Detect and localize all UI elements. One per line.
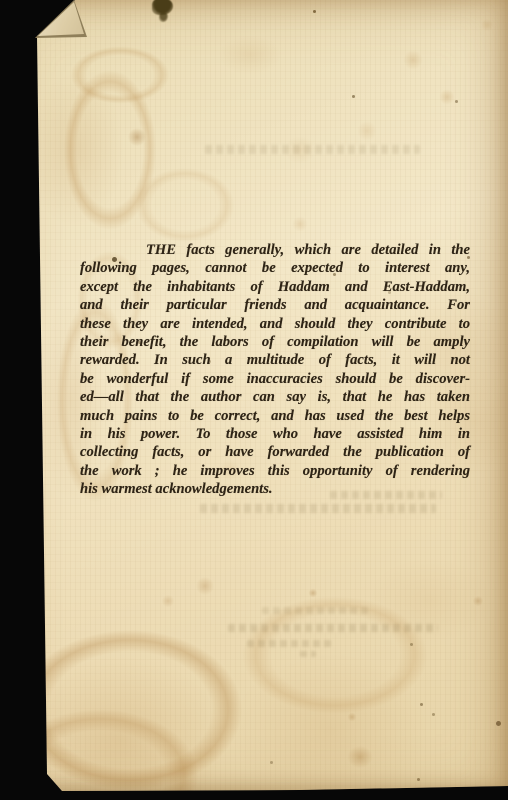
text-line: ed—all that the author can say is, that … [80, 388, 470, 406]
scan-background: THE facts generally, which are detailed … [0, 0, 508, 800]
foxing-spots [0, 0, 3, 3]
text-line: and their particular friends and acquain… [80, 296, 470, 314]
text-line: THE facts generally, which are detailed … [80, 241, 470, 259]
showthrough-line [228, 624, 438, 632]
text-line: be wonderful if some inaccuracies should… [80, 370, 470, 388]
text-line: collecting facts, or have forwarded the … [80, 443, 470, 461]
preface-paragraph: THE facts generally, which are detailed … [80, 241, 470, 499]
showthrough-line [205, 145, 420, 154]
text-line: their benefit, the labors of compilation… [80, 333, 470, 351]
text-line: much pains to be correct, and has used t… [80, 407, 470, 425]
text-line: following pages, cannot be expected to i… [80, 259, 470, 277]
showthrough-line [300, 651, 316, 657]
text-line: rewarded. In such a multitude of facts, … [80, 351, 470, 369]
showthrough-line [262, 607, 368, 614]
text-line: except the inhabitants of Haddam and Eas… [80, 278, 470, 296]
book-page: THE facts generally, which are detailed … [0, 0, 508, 800]
text-line: his warmest acknowledgements. [80, 480, 470, 498]
showthrough-line [247, 640, 331, 647]
showthrough-line [200, 504, 436, 513]
text-line: the work ; he improves this opportunity … [80, 462, 470, 480]
text-line: these they are intended, and should they… [80, 315, 470, 333]
text-line: in his power. To those who have assisted… [80, 425, 470, 443]
